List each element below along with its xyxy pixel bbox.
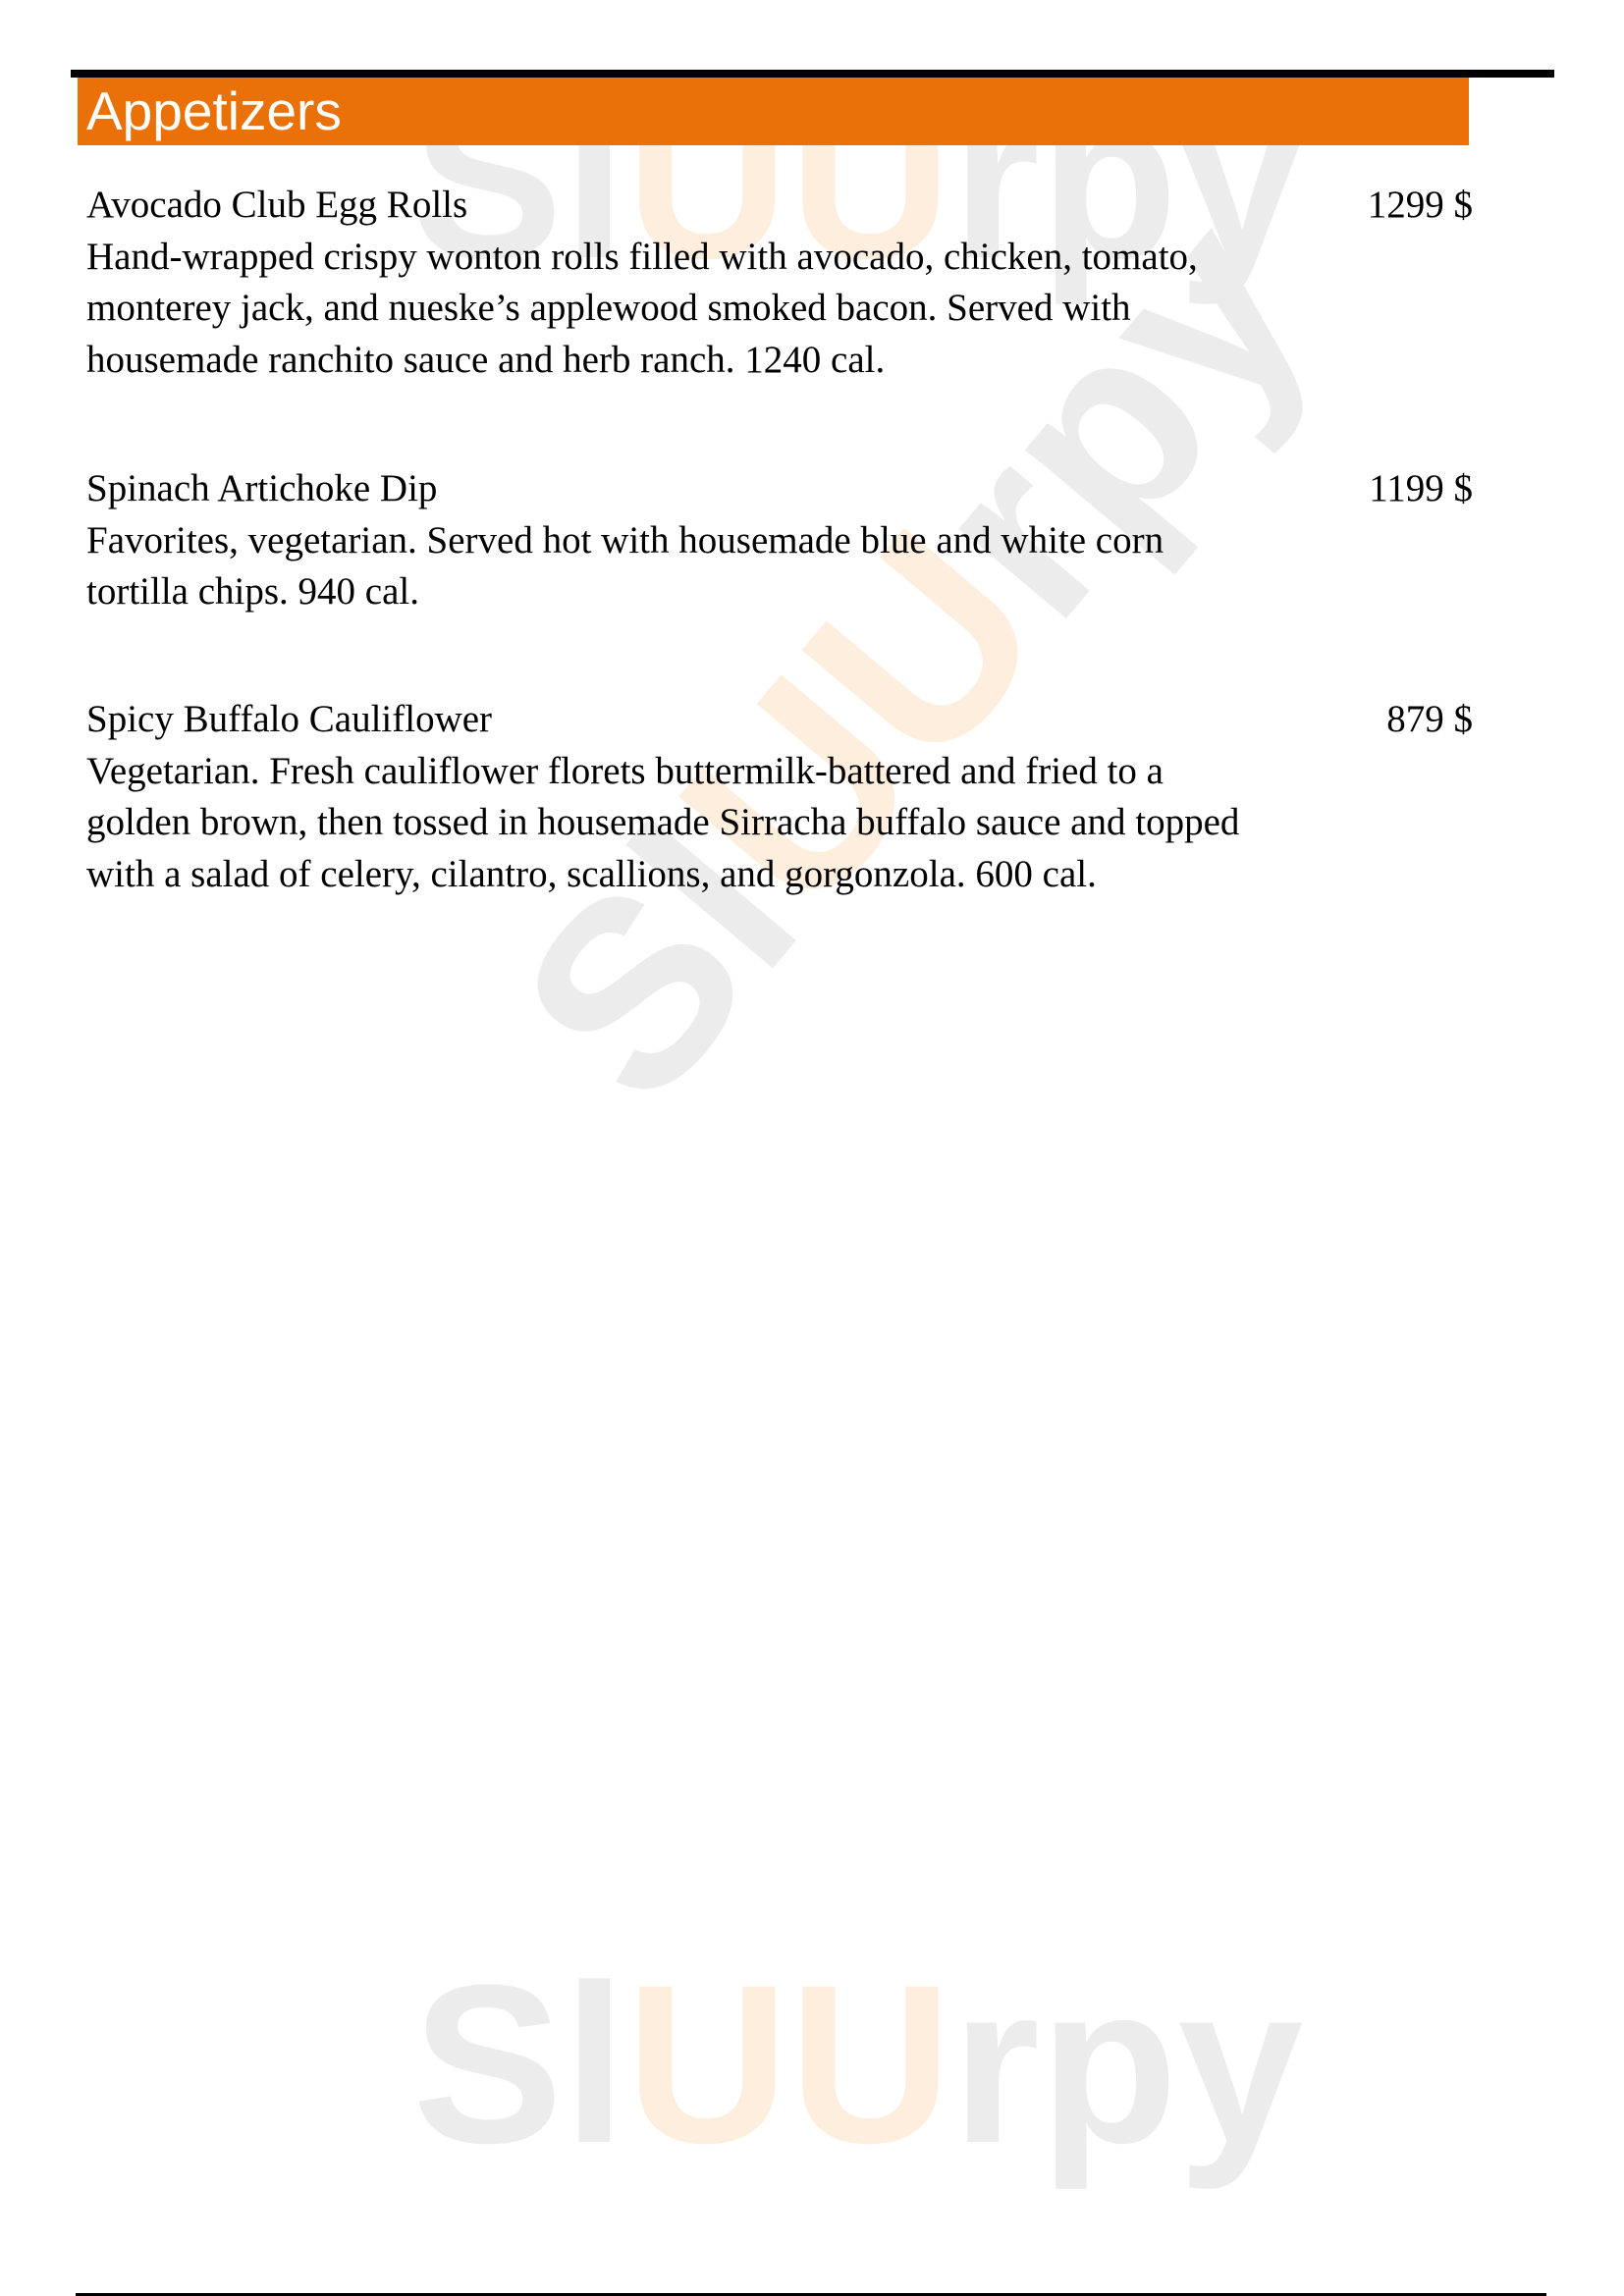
item-price: 879 $	[1276, 694, 1483, 746]
item-price: 1299 $	[1276, 180, 1483, 232]
menu-item: Spinach Artichoke Dip 1199 $ Favorites, …	[86, 463, 1392, 618]
menu-item: Avocado Club Egg Rolls 1299 $ Hand-wrapp…	[86, 180, 1392, 386]
menu-content: Appetizers Avocado Club Egg Rolls 1299 $…	[0, 0, 1624, 2296]
item-description: Hand-wrapped crispy wonton rolls filled …	[86, 232, 1240, 387]
item-name: Avocado Club Egg Rolls	[86, 180, 1392, 232]
item-name: Spinach Artichoke Dip	[86, 463, 1392, 515]
menu-page: SlUUrpy SlUUrpy SlUUrpy Appetizers Avoca…	[0, 0, 1624, 2296]
item-description: Favorites, vegetarian. Served hot with h…	[86, 515, 1240, 618]
item-price: 1199 $	[1276, 463, 1483, 515]
section-title: Appetizers	[86, 77, 342, 145]
menu-item: Spicy Buffalo Cauliflower 879 $ Vegetari…	[86, 694, 1392, 900]
item-description: Vegetarian. Fresh cauliflower florets bu…	[86, 746, 1240, 901]
item-name: Spicy Buffalo Cauliflower	[86, 694, 1392, 746]
